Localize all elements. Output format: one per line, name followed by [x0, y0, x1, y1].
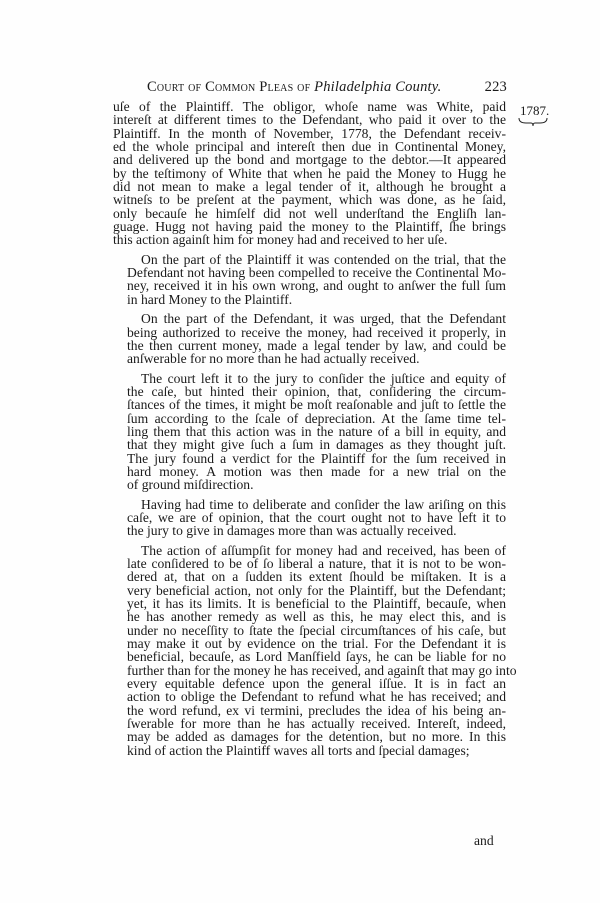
text-line: guage. Hugg not having paid the money to…	[113, 220, 506, 233]
text-line: witneſs to be preſent at the payment, wh…	[113, 193, 506, 206]
text-line: the caſe, but hinted their opinion, that…	[113, 385, 506, 398]
text-line: yet, it has its limits. It is beneficial…	[113, 597, 506, 610]
text-line: Having had time to deliberate and conſid…	[113, 498, 506, 511]
text-line: ſum according to the ſcale of depreciati…	[113, 412, 506, 425]
text-line: every equitable defence upon the general…	[113, 677, 506, 690]
text-line: hard money. A motion was then made for a…	[113, 465, 506, 478]
text-line: action to oblige the Defendant to refund…	[113, 690, 506, 703]
text-line: ed the whole principal and intereſt then…	[113, 140, 506, 153]
text-line: under no neceſſity to ſtate the ſpecial …	[113, 624, 506, 637]
text-line: that they might give ſuch a ſum in damag…	[113, 438, 506, 451]
running-head: Court of Common Pleas of Philadelphia Co…	[147, 79, 507, 97]
text-line: late conſidered to be of ſo liberal a na…	[113, 557, 506, 570]
text-line: On the part of the Plaintiff it was cont…	[113, 253, 506, 266]
curly-brace-icon	[518, 117, 548, 127]
text-line: beneficial, becauſe, as Lord Manſfield ſ…	[113, 650, 506, 663]
body-text: uſe of the Plaintiff. The obligor, whoſe…	[113, 100, 506, 763]
text-line: did not mean to make a legal tender of i…	[113, 180, 506, 193]
text-line: kind of action the Plaintiff waves all t…	[113, 744, 506, 757]
text-line: ſtances of the times, it might be moſt r…	[113, 398, 506, 411]
text-line: very beneficial action, not only for the…	[113, 584, 506, 597]
text-line: Defendant not having been compelled to r…	[113, 266, 506, 279]
text-line: the word refund, ex vi termini, preclude…	[113, 704, 506, 717]
text-line: ney, received it in his own wrong, and o…	[113, 279, 506, 292]
text-line: The court left it to the jury to conſide…	[113, 372, 506, 385]
page-number: 223	[485, 79, 507, 96]
text-line: intereſt at different times to the Defen…	[113, 113, 506, 126]
text-line: The action of aſſumpſit for money had an…	[113, 544, 506, 557]
text-line: the then current money, made a legal ten…	[113, 339, 506, 352]
paragraph: The action of aſſumpſit for money had an…	[113, 544, 506, 758]
text-line: The jury found a verdict for the Plainti…	[113, 452, 506, 465]
running-head-county: Philadelphia County.	[314, 79, 441, 95]
text-line: he has another remedy as well as this, h…	[113, 610, 506, 623]
text-line: On the part of the Defendant, it was urg…	[113, 312, 506, 325]
text-line: ſwerable for more than he has actually r…	[113, 717, 506, 730]
text-line: of ground miſdirection.	[113, 478, 506, 491]
paragraph: Having had time to deliberate and conſid…	[113, 498, 506, 538]
paragraph: On the part of the Plaintiff it was cont…	[113, 253, 506, 306]
text-line: and delivered up the bond and mortgage t…	[113, 153, 506, 166]
text-line: caſe, we are of opinion, that the court …	[113, 511, 506, 524]
paragraph: On the part of the Defendant, it was urg…	[113, 312, 506, 365]
text-line: ling them that this action was in the na…	[113, 425, 506, 438]
book-page: Court of Common Pleas of Philadelphia Co…	[0, 0, 600, 903]
text-line: being authorized to receive the money, h…	[113, 326, 506, 339]
text-line: Plaintiff. In the month of November, 177…	[113, 127, 506, 140]
text-line: anſwerable for no more than he had actua…	[113, 352, 506, 365]
text-line: may be added as damages for the detentio…	[113, 730, 506, 743]
text-line: uſe of the Plaintiff. The obligor, whoſe…	[113, 100, 506, 113]
paragraph: The court left it to the jury to conſide…	[113, 372, 506, 492]
text-line: further than for the money he has receiv…	[113, 664, 506, 677]
text-line: in hard Money to the Plaintiff.	[113, 293, 506, 306]
text-line: by the teſtimony of White that when he p…	[113, 167, 506, 180]
paragraph: uſe of the Plaintiff. The obligor, whoſe…	[113, 100, 506, 247]
text-line: this action againſt him for money had an…	[113, 233, 506, 246]
text-line: dered at, that on a ſudden its extent ſh…	[113, 570, 506, 583]
text-line: may make it out by evidence on the trial…	[113, 637, 506, 650]
running-head-court: Court of Common Pleas of	[147, 79, 314, 95]
text-line: only becauſe he himſelf did not well und…	[113, 207, 506, 220]
text-line: the jury to give in damages more than wa…	[113, 524, 506, 537]
catchword: and	[474, 833, 494, 849]
